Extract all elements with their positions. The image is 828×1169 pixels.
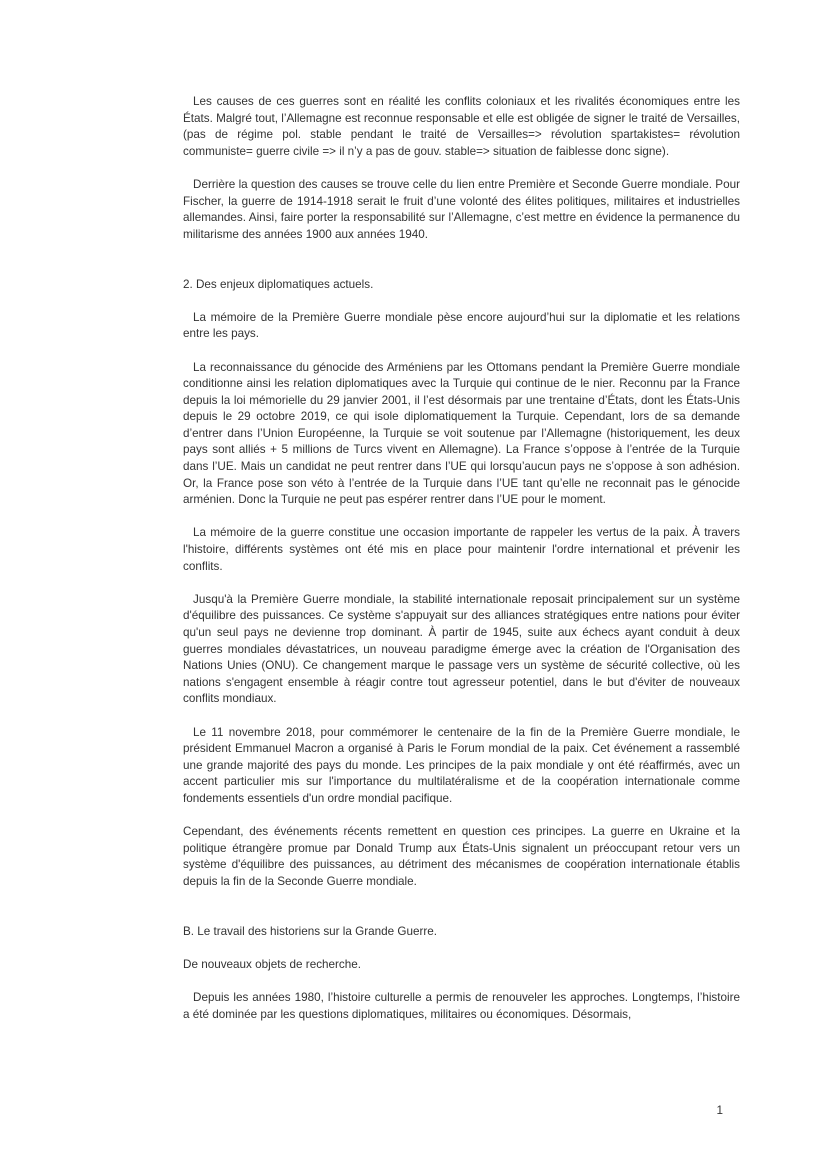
paragraph-forum-paix-2018: Le 11 novembre 2018, pour commémorer le … [183,725,740,808]
document-page: Les causes de ces guerres sont en réalit… [0,0,828,1169]
page-number: 1 [183,1103,723,1120]
heading-enjeux-diplomatiques: 2. Des enjeux diplomatiques actuels. [183,277,740,294]
paragraph-evenements-recents: Cependant, des événements récents remett… [183,824,740,890]
subheading-nouveaux-objets: De nouveaux objets de recherche. [183,957,740,974]
paragraph-histoire-culturelle: Depuis les années 1980, l’histoire cultu… [183,990,740,1023]
paragraph-memoire-diplomatie: La mémoire de la Première Guerre mondial… [183,310,740,343]
paragraph-equilibre-puissances: Jusqu'à la Première Guerre mondiale, la … [183,592,740,708]
paragraph-genocide-armeniens: La reconnaissance du génocide des Arméni… [183,360,740,509]
paragraph-causes-guerres: Les causes de ces guerres sont en réalit… [183,94,740,160]
heading-travail-historiens: B. Le travail des historiens sur la Gran… [183,924,740,941]
paragraph-lien-premiere-seconde: Derrière la question des causes se trouv… [183,177,740,243]
paragraph-memoire-paix: La mémoire de la guerre constitue une oc… [183,525,740,575]
document-content: Les causes de ces guerres sont en réalit… [183,94,740,1023]
